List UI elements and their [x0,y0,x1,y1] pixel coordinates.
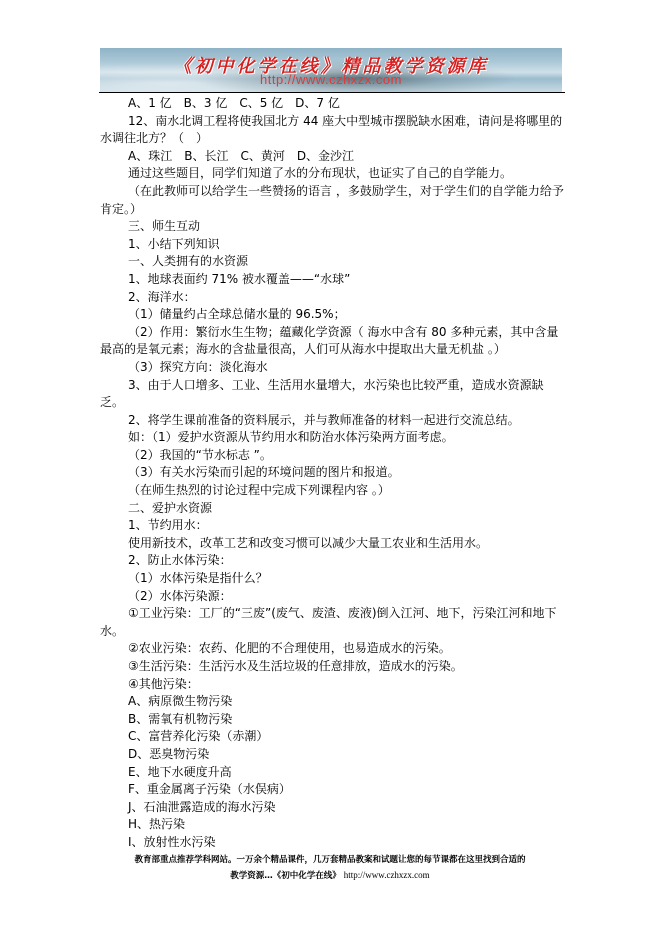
list-item: J、石油泄露造成的海水污染 [100,799,565,817]
list-item: C、富营养化污染（赤潮） [100,728,565,746]
list-item: D、恶臭物污染 [100,746,565,764]
paragraph: ①工业污染：工厂的“三废”(废气、废渣、废液)倒入江河、地下，污染江河和地下水。 [100,605,565,640]
paragraph: 2、防止水体污染： [100,552,565,570]
header-divider [99,92,565,93]
footer-promo-line1: 教育部重点推荐学科网站。一万余个精品课件，几万套精品教案和试题让您的每节课都在这… [80,853,580,868]
section-heading: 二、爱护水资源 [100,500,565,518]
paragraph: （2）作用：繁衍水生生物；蕴藏化学资源（ 海水中含有 80 多种元素，其中含量最… [100,324,565,359]
list-item: I、放射性水污染 [100,834,565,852]
paragraph: （1）水体污染是指什么？ [100,570,565,588]
paragraph: （3）探究方向：淡化海水 [100,359,565,377]
section-heading: 三、师生互动 [100,218,565,236]
paragraph: 2、海洋水： [100,289,565,307]
list-item: B、需氧有机物污染 [100,711,565,729]
document-body: A、1 亿 B、3 亿 C、5 亿 D、7 亿 12、南水北调工程将使我国北方 … [100,95,565,852]
answer-options-q11: A、1 亿 B、3 亿 C、5 亿 D、7 亿 [100,95,565,113]
footer-promo-line2: 教学资源…《初中化学在线》 http://www.czhxzx.com [80,868,580,884]
page-footer: 教育部重点推荐学科网站。一万余个精品课件，几万套精品教案和试题让您的每节课都在这… [80,853,580,884]
footer-promo-text: 教学资源…《初中化学在线》 [230,871,341,881]
paragraph: ②农业污染：农药、化肥的不合理使用，也易造成水的污染。 [100,640,565,658]
list-item: E、地下水硬度升高 [100,764,565,782]
footer-website-link[interactable]: http://www.czhxzx.com [344,870,430,880]
section-heading: 一、人类拥有的水资源 [100,253,565,271]
paragraph: 1、小结下列知识 [100,236,565,254]
answer-options-q12: A、珠江 B、长江 C、黄河 D、金沙江 [100,148,565,166]
paragraph: （在此教师可以给学生一些赞扬的语言 ，多鼓励学生，对于学生们的自学能力给予肯定。… [100,183,565,218]
paragraph: 2、将学生课前准备的资料展示，并与教师准备的材料一起进行交流总结。 [100,412,565,430]
paragraph: 使用新技术，改革工艺和改变习惯可以减少大量工农业和生活用水。 [100,535,565,553]
paragraph: 3、由于人口增多、工业、生活用水量增大，水污染也比较严重，造成水资源缺乏。 [100,377,565,412]
paragraph: （2）我国的“节水标志 ”。 [100,447,565,465]
paragraph: 如：（1）爱护水资源从节约用水和防治水体污染两方面考虑。 [100,429,565,447]
paragraph: 通过这些题目，同学们知道了水的分布现状，也证实了自己的自学能力。 [100,165,565,183]
paragraph: （在师生热烈的讨论过程中完成下列课程内容 。） [100,482,565,500]
list-item: H、热污染 [100,816,565,834]
paragraph: （3）有关水污染而引起的环境问题的图片和报道。 [100,464,565,482]
question-12: 12、南水北调工程将使我国北方 44 座大中型城市摆脱缺水困难，请问是将哪里的水… [100,113,565,148]
list-item: F、重金属离子污染（水俣病） [100,781,565,799]
paragraph: 1、地球表面约 71% 被水覆盖——“水球” [100,271,565,289]
paragraph: （2）水体污染源： [100,588,565,606]
paragraph: （1）储量约占全球总储水量的 96.5%； [100,306,565,324]
paragraph: ③生活污染：生活污水及生活垃圾的任意排放，造成水的污染。 [100,658,565,676]
header-banner: 《初中化学在线》精品教学资源库 http://www.czhxzx.com [100,48,562,92]
list-item: A、病原微生物污染 [100,693,565,711]
paragraph: 1、节约用水： [100,517,565,535]
paragraph: ④其他污染： [100,676,565,694]
banner-url: http://www.czhxzx.com [100,72,562,87]
